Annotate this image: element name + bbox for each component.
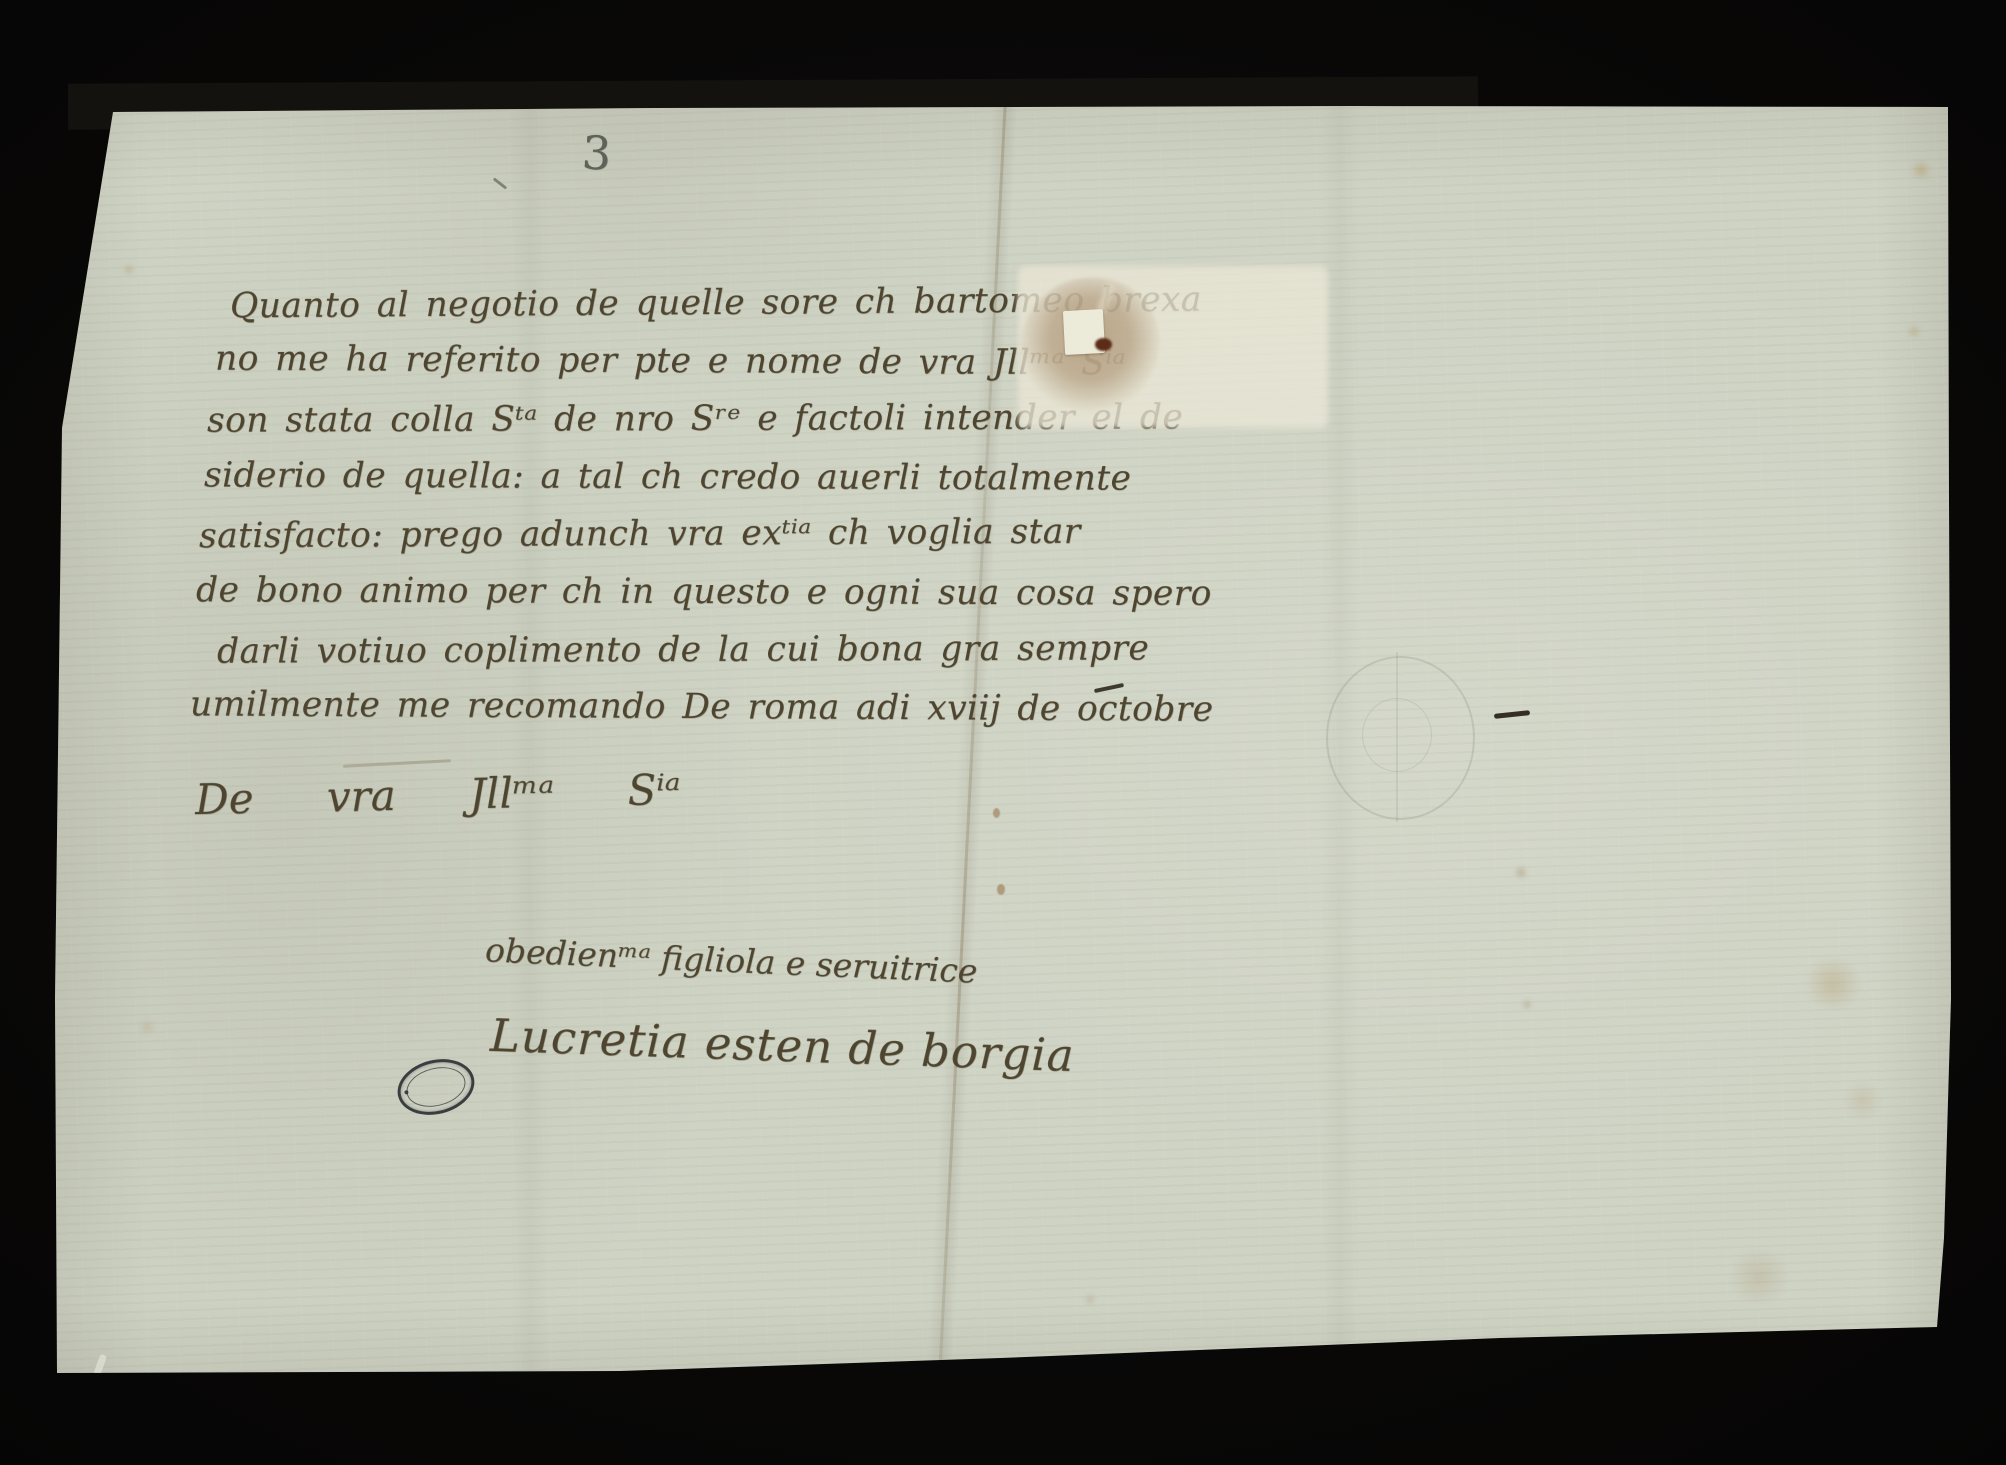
fold-stain-dot: [993, 808, 1000, 818]
foxing-stain: [1910, 160, 1932, 180]
pencil-tick-mark: [493, 177, 507, 189]
letter-text-line: de bono animo per ch in questo e ogni su…: [196, 570, 1212, 614]
archive-stamp: [392, 1051, 481, 1122]
fold-stain-dot: [997, 884, 1005, 895]
letter-text-line: siderio de quella: a tal ch credo auerli…: [204, 455, 1131, 498]
foxing-stain: [1803, 958, 1863, 1010]
foxing-stain: [1842, 1082, 1884, 1120]
seal-dark-spot: [1095, 338, 1112, 351]
letter-text-block: Quanto al negotio de quelle sore ch bart…: [190, 283, 1050, 763]
letter-text-line: darli votiuo coplimento de la cui bona g…: [217, 628, 1149, 671]
signature-name-line: Lucretia esten de borgia: [489, 1009, 1075, 1082]
signature-role-line: obedienᵐᵃ figliola e seruitrice: [484, 930, 978, 990]
paper-fiber: [92, 1354, 107, 1381]
foxing-stain: [1727, 1249, 1791, 1305]
foxing-stain: [138, 1019, 156, 1035]
letter-sheet: 3 Quanto al negotio de quelle sore ch ba…: [55, 98, 1952, 1378]
letter-text-line: umilmente me recomando De roma adi xviij…: [190, 684, 1214, 729]
letter-text-line: satisfacto: prego adunch vra exᵗⁱᵃ ch vo…: [199, 512, 1081, 557]
page-number-annotation: 3: [581, 125, 613, 180]
archive-stamp-inner-ring: [402, 1061, 469, 1112]
watermark-inner-circle: [1362, 698, 1432, 772]
foxing-stain: [1514, 866, 1528, 879]
valediction-line: De vra Jllᵐᵃ Sⁱᵃ: [195, 765, 682, 824]
foxing-stain: [1906, 324, 1922, 339]
foxing-stain: [1521, 999, 1533, 1010]
paper-watermark: [1326, 656, 1475, 820]
photo-background: 3 Quanto al negotio de quelle sore ch ba…: [0, 0, 2006, 1465]
ink-speck-mark: [1494, 710, 1530, 719]
letter-text-line: no me ha referito per pte e nome de vra …: [215, 339, 1126, 384]
foxing-stain: [123, 264, 135, 275]
foxing-stain: [1084, 1294, 1096, 1305]
